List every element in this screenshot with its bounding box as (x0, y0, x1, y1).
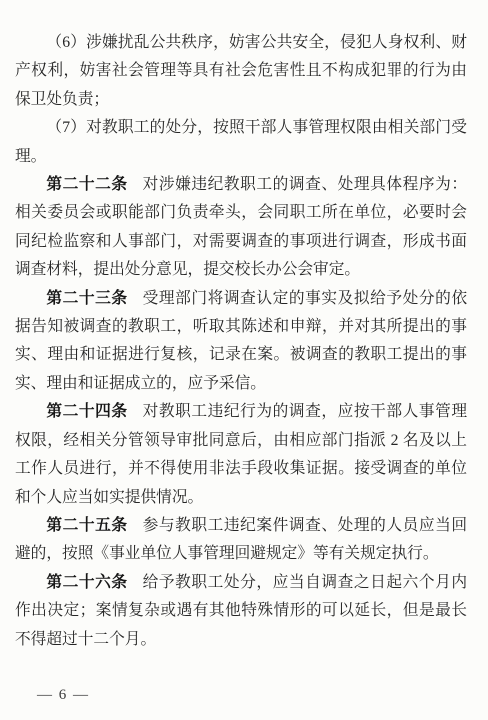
paragraph: （6）涉嫌扰乱公共秩序，妨害公共安全，侵犯人身权利、财产权利，妨害社会管理等具有… (15, 29, 467, 114)
paragraph: 第二十二条对涉嫌违纪教职工的调查、处理具体程序为：相关委员会或职能部门负责牵头，… (15, 171, 467, 285)
paragraph: （7）对教职工的处分，按照干部人事管理权限由相关部门受理。 (15, 114, 467, 171)
paragraph: 第二十五条参与教职工违纪案件调查、处理的人员应当回避的，按照《事业单位人事管理回… (15, 512, 467, 569)
article-number: 第二十五条 (46, 517, 127, 534)
paragraph-text: （6）涉嫌扰乱公共秩序，妨害公共安全，侵犯人身权利、财产权利，妨害社会管理等具有… (15, 34, 467, 108)
paragraph-text: （7）对教职工的处分，按照干部人事管理权限由相关部门受理。 (15, 119, 467, 164)
page-number: — 6 — (37, 685, 90, 705)
document-body: （6）涉嫌扰乱公共秩序，妨害公共安全，侵犯人身权利、财产权利，妨害社会管理等具有… (15, 29, 467, 654)
paragraph: 第二十三条受理部门将调查认定的事实及拟给予处分的依据告知被调查的教职工，听取其陈… (15, 285, 467, 399)
article-number: 第二十六条 (46, 574, 127, 591)
paragraph: 第二十四条对教职工违纪行为的调查，应按干部人事管理权限，经相关分管领导审批同意后… (15, 398, 467, 512)
paragraph: 第二十六条给予教职工处分，应当自调查之日起六个月内作出决定；案情复杂或遇有其他特… (15, 569, 467, 654)
article-number: 第二十二条 (46, 176, 127, 193)
article-number: 第二十三条 (46, 290, 127, 307)
article-number: 第二十四条 (46, 403, 127, 420)
document-page: （6）涉嫌扰乱公共秩序，妨害公共安全，侵犯人身权利、财产权利，妨害社会管理等具有… (0, 0, 488, 720)
